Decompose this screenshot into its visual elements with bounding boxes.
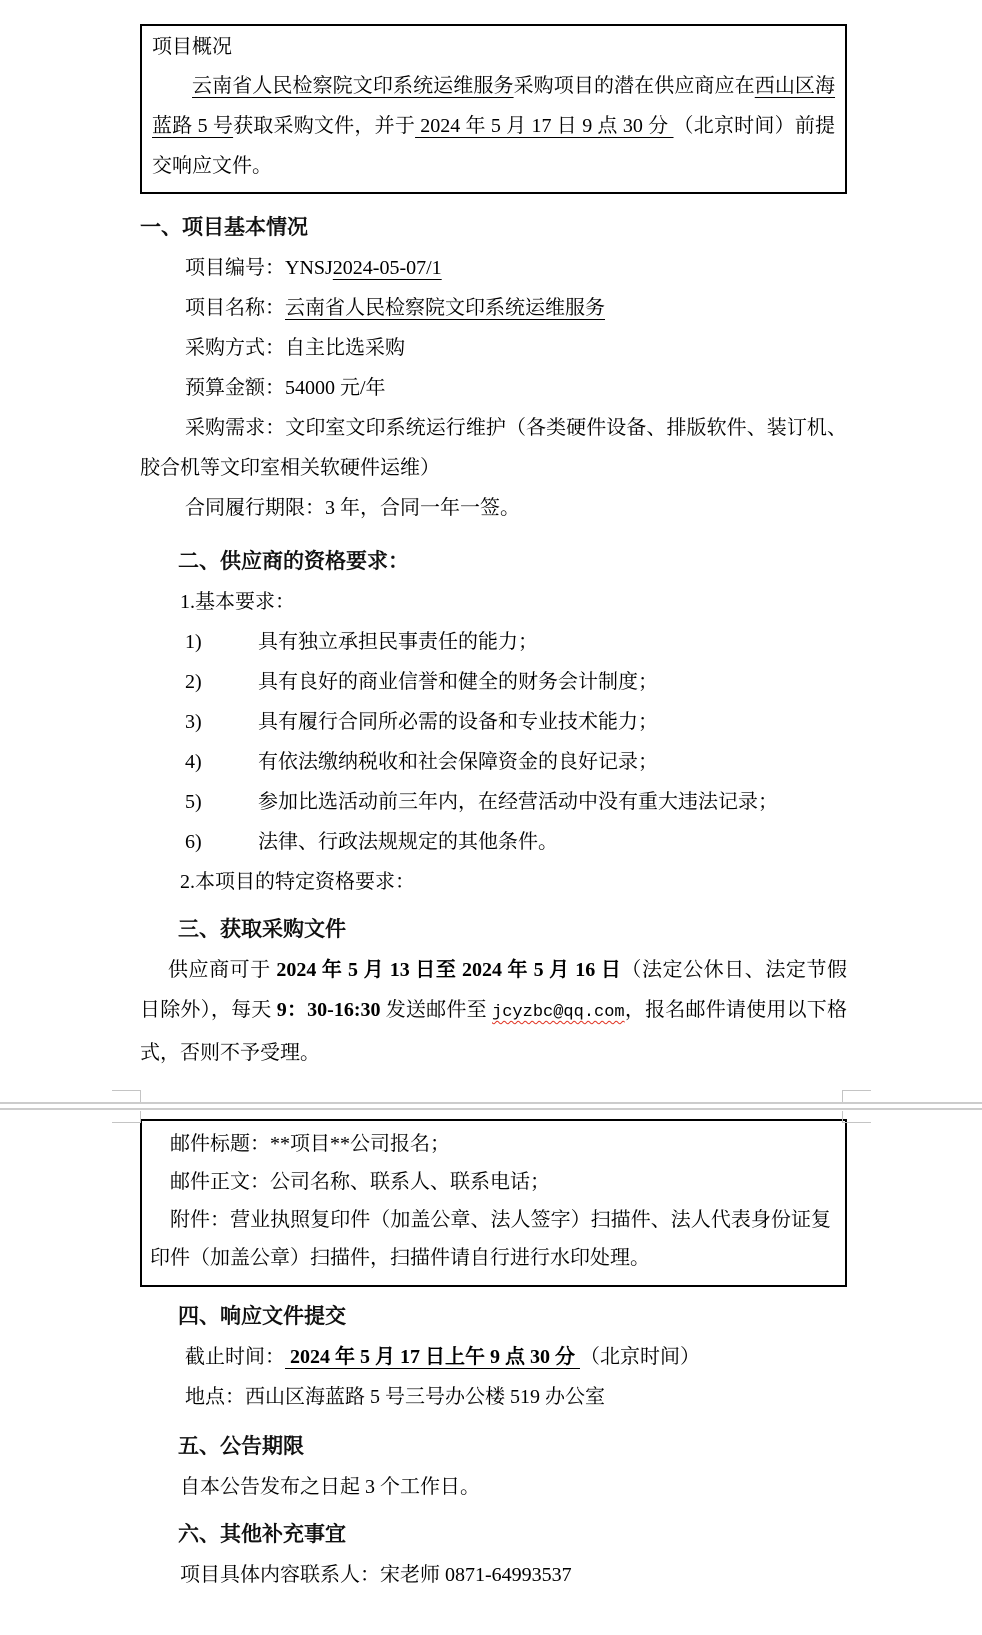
deadline-value: 2024 年 5 月 17 日上午 9 点 30 分 xyxy=(285,1346,580,1368)
project-number-line: 项目编号：YNSJ2024-05-07/1 xyxy=(140,248,847,288)
margin-corner-mark xyxy=(842,1090,871,1102)
item-number: 3) xyxy=(185,702,258,742)
page-break xyxy=(0,1089,982,1119)
overview-text-segment: 获取采购文件，并于 xyxy=(233,115,415,137)
project-name-label: 项目名称： xyxy=(185,297,285,319)
text-segment: 发送邮件至 xyxy=(381,999,493,1021)
section-4-heading: 四、响应文件提交 xyxy=(140,1297,847,1337)
page2-content: 邮件标题：**项目**公司报名； 邮件正文：公司名称、联系人、联系电话； 附件：… xyxy=(140,1119,847,1595)
obtain-documents-paragraph: 供应商可于 2024 年 5 月 13 日至 2024 年 5 月 16 日（法… xyxy=(140,950,847,1073)
item-text: 法律、行政法规规定的其他条件。 xyxy=(258,822,847,862)
date-range: 2024 年 5 月 13 日至 2024 年 5 月 16 日 xyxy=(276,959,621,981)
budget-line: 预算金额：54000 元/年 xyxy=(140,368,847,408)
procurement-method-line: 采购方式：自主比选采购 xyxy=(140,328,847,368)
item-number: 1) xyxy=(185,622,258,662)
requirement-item: 3)具有履行合同所必需的设备和专业技术能力； xyxy=(140,702,847,742)
document-page: 项目概况 云南省人民检察院文印系统运维服务采购项目的潜在供应商应在西山区海蓝路 … xyxy=(0,24,982,1595)
section-3-heading: 三、获取采购文件 xyxy=(140,910,847,950)
item-number: 5) xyxy=(185,782,258,822)
section-1-heading: 一、项目基本情况 xyxy=(140,208,847,248)
deadline-label: 截止时间： xyxy=(185,1346,285,1368)
submission-deadline-line: 截止时间： 2024 年 5 月 17 日上午 9 点 30 分 （北京时间） xyxy=(140,1337,847,1377)
item-number: 2) xyxy=(185,662,258,702)
item-number: 4) xyxy=(185,742,258,782)
item-text: 具有履行合同所必需的设备和专业技术能力； xyxy=(258,702,847,742)
project-name-value: 云南省人民检察院文印系统运维服务 xyxy=(285,297,605,319)
overview-paragraph: 云南省人民检察院文印系统运维服务采购项目的潜在供应商应在西山区海蓝路 5 号获取… xyxy=(152,66,835,186)
margin-corner-mark xyxy=(112,1111,141,1123)
registration-email: jcyzbc@qq.com xyxy=(492,1003,625,1022)
overview-deadline: 2024 年 5 月 17 日 9 点 30 分 xyxy=(415,115,673,137)
section-5-heading: 五、公告期限 xyxy=(140,1427,847,1467)
email-subject-line: 邮件标题：**项目**公司报名； xyxy=(150,1125,831,1163)
deadline-suffix: （北京时间） xyxy=(580,1346,700,1368)
item-text: 有依法缴纳税收和社会保障资金的良好记录； xyxy=(258,742,847,782)
overview-title: 项目概况 xyxy=(152,28,835,66)
page1-content: 项目概况 云南省人民检察院文印系统运维服务采购项目的潜在供应商应在西山区海蓝路 … xyxy=(140,24,847,1073)
project-name-line: 项目名称：云南省人民检察院文印系统运维服务 xyxy=(140,288,847,328)
requirement-item: 2)具有良好的商业信誉和健全的财务会计制度； xyxy=(140,662,847,702)
margin-corner-mark xyxy=(112,1090,141,1102)
email-format-box: 邮件标题：**项目**公司报名； 邮件正文：公司名称、联系人、联系电话； 附件：… xyxy=(140,1119,847,1287)
requirement-item: 1)具有独立承担民事责任的能力； xyxy=(140,622,847,662)
page-edge-line xyxy=(0,1102,982,1104)
contact-line: 项目具体内容联系人：宋老师 0871-64993537 xyxy=(140,1555,847,1595)
requirement-item: 6)法律、行政法规规定的其他条件。 xyxy=(140,822,847,862)
item-text: 具有独立承担民事责任的能力； xyxy=(258,622,847,662)
project-overview-box: 项目概况 云南省人民检察院文印系统运维服务采购项目的潜在供应商应在西山区海蓝路 … xyxy=(140,24,847,194)
requirement-item: 5)参加比选活动前三年内，在经营活动中没有重大违法记录； xyxy=(140,782,847,822)
time-range: 9：30-16:30 xyxy=(277,999,381,1021)
item-text: 参加比选活动前三年内，在经营活动中没有重大违法记录； xyxy=(258,782,847,822)
email-body-line: 邮件正文：公司名称、联系人、联系电话； xyxy=(150,1163,831,1201)
email-attachment-line: 附件：营业执照复印件（加盖公章、法人签字）扫描件、法人代表身份证复印件（加盖公章… xyxy=(150,1201,831,1277)
project-number-prefix: YNSJ xyxy=(285,257,333,279)
requirement-item: 4)有依法缴纳税收和社会保障资金的良好记录； xyxy=(140,742,847,782)
basic-requirements-title: 1.基本要求： xyxy=(140,582,847,622)
overview-text-segment: 采购项目的潜在供应商应在 xyxy=(514,75,755,97)
overview-project-name: 云南省人民检察院文印系统运维服务 xyxy=(192,75,514,97)
specific-requirements-title: 2.本项目的特定资格要求： xyxy=(140,862,847,902)
item-text: 具有良好的商业信誉和健全的财务会计制度； xyxy=(258,662,847,702)
project-number-value: 2024-05-07/1 xyxy=(333,257,442,279)
section-2-heading: 二、供应商的资格要求： xyxy=(140,542,847,582)
text-segment: 供应商可于 xyxy=(168,959,276,981)
announcement-period-line: 自本公告发布之日起 3 个工作日。 xyxy=(140,1467,847,1507)
submission-location-line: 地点：西山区海蓝路 5 号三号办公楼 519 办公室 xyxy=(140,1377,847,1417)
item-number: 6) xyxy=(185,822,258,862)
requirement-paragraph: 采购需求：文印室文印系统运行维护（各类硬件设备、排版软件、装订机、胶合机等文印室… xyxy=(140,408,847,488)
margin-corner-mark xyxy=(842,1111,871,1123)
contract-term-line: 合同履行期限：3 年，合同一年一签。 xyxy=(140,488,847,528)
page-edge-line xyxy=(0,1108,982,1110)
project-number-label: 项目编号： xyxy=(185,257,285,279)
section-6-heading: 六、其他补充事宜 xyxy=(140,1515,847,1555)
